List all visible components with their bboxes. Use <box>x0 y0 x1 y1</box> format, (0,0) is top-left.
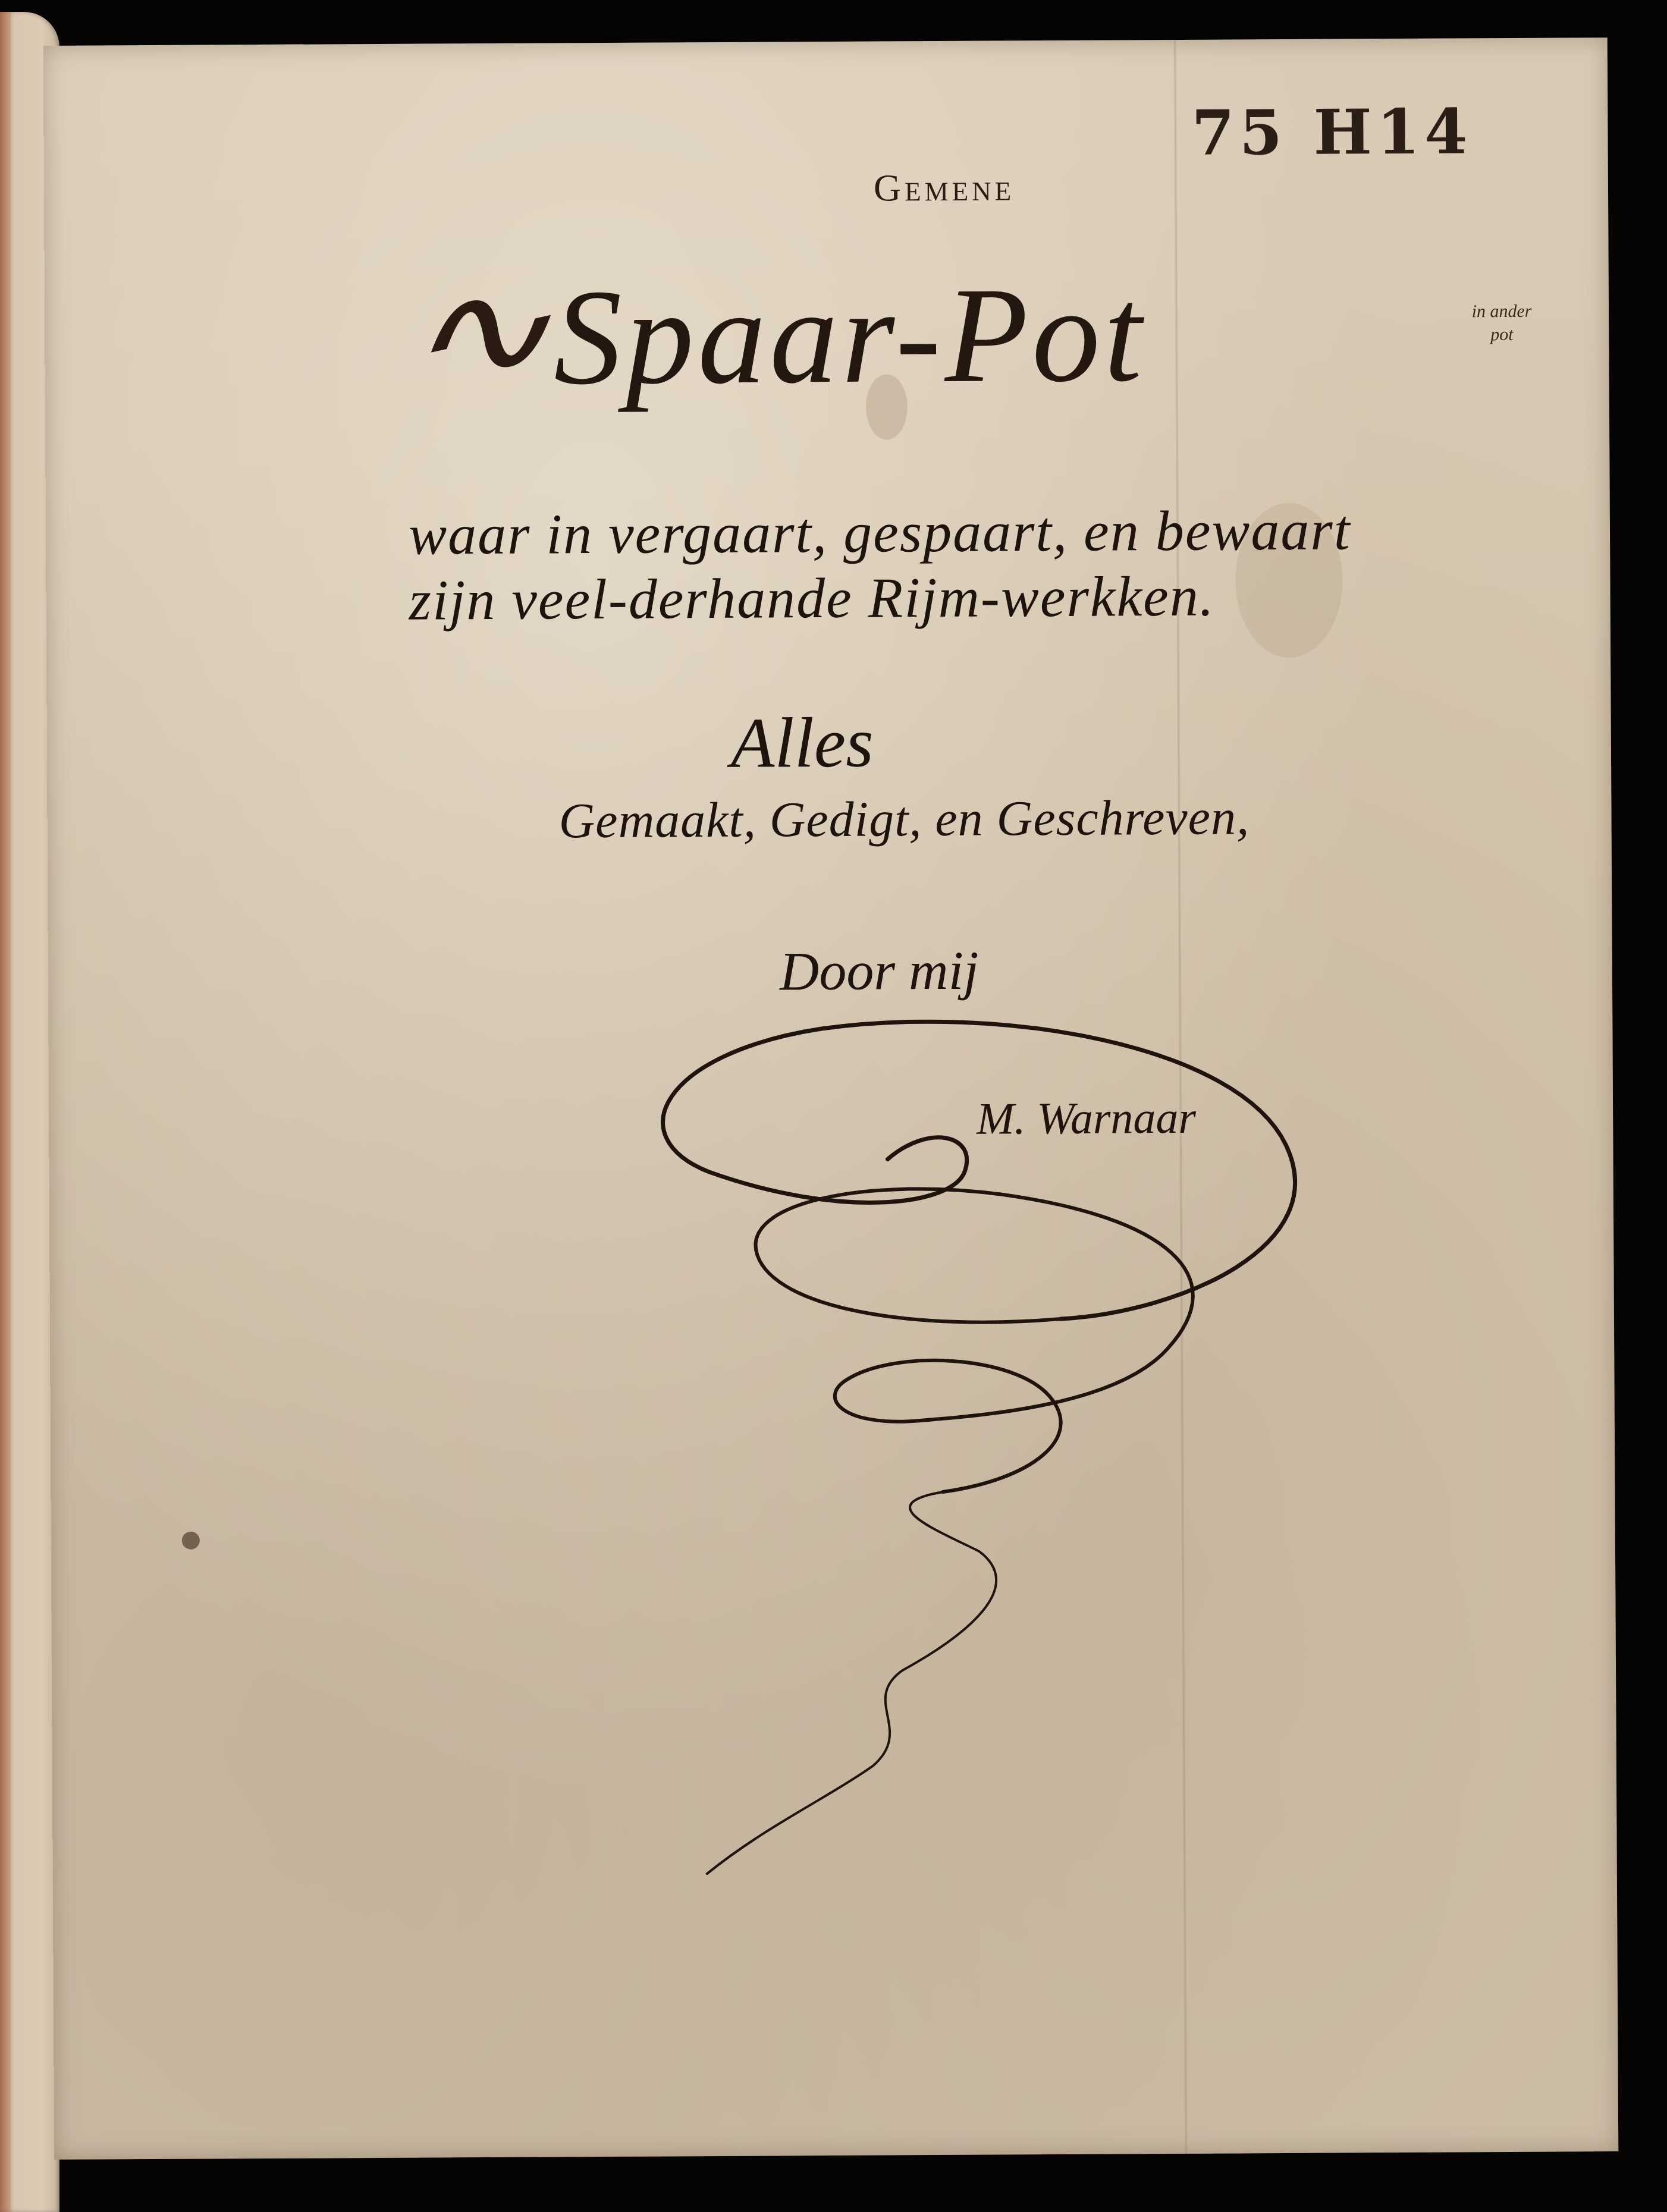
page-title: ∿Spaar-Pot <box>413 240 1484 420</box>
author-signature: M. Warnaar <box>977 1092 1196 1145</box>
decorative-flourish-icon: ∿ <box>379 238 576 427</box>
subtitle-line-2: zijn veel-derhande Rijm-werkken. <box>409 563 1215 633</box>
marginal-note: in ander pot <box>1442 300 1561 347</box>
wormhole <box>182 1532 200 1550</box>
header-word: Gemene <box>874 165 1015 210</box>
made-written-line: Gemaakt, Gedigt, en Geschreven, <box>558 788 1250 850</box>
by-line: Door mij <box>780 939 979 1003</box>
subtitle-line-1: waar in vergaart, gespaart, en bewaart <box>409 497 1351 567</box>
marginal-note-line-1: in ander <box>1442 300 1561 323</box>
title-text: Spaar-Pot <box>553 258 1145 413</box>
library-shelfmark-stamp: 75 H14 <box>1191 95 1473 169</box>
alles-heading: Alles <box>731 702 874 784</box>
manuscript-title-page: 75 H14 Gemene ∿Spaar-Pot in ander pot wa… <box>43 37 1619 2160</box>
marginal-note-line-2: pot <box>1442 323 1561 347</box>
